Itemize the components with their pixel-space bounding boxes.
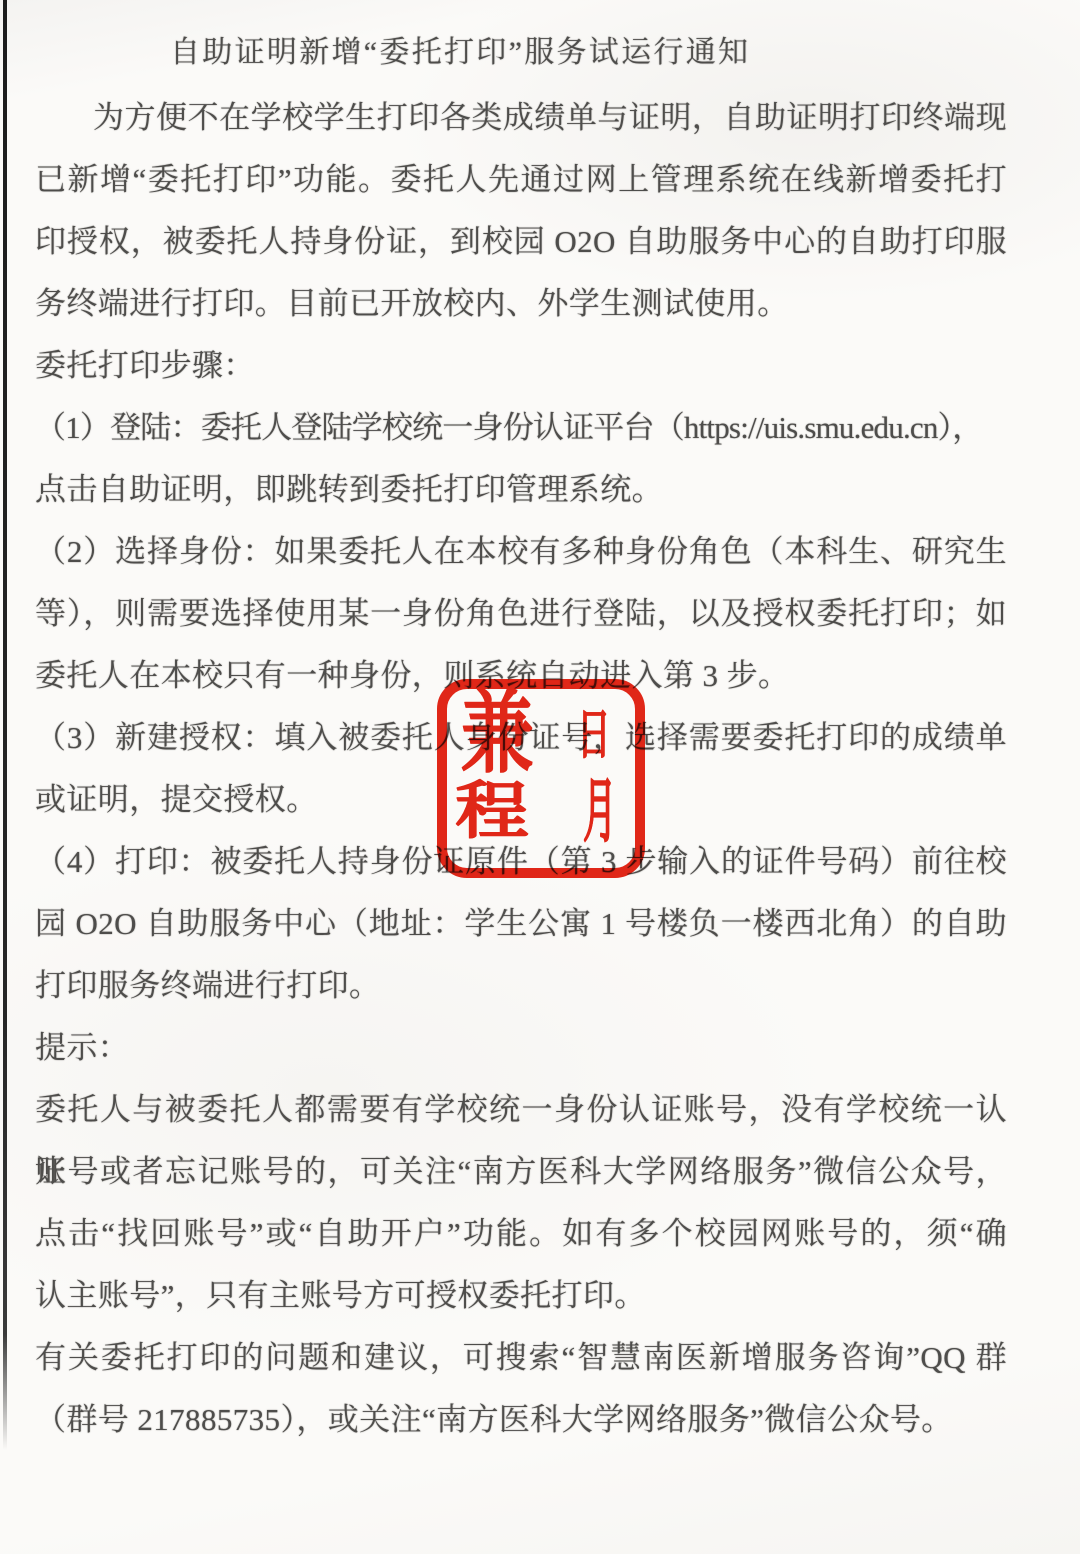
scan-edge-line bbox=[3, 0, 7, 1450]
document-body: 为方便不在学校学生打印各类成绩单与证明，自助证明打印终端现 已新增“委托打印”功… bbox=[35, 87, 1007, 1451]
text-line: （3）新建授权：填入被委托人身份证号，选择需要委托打印的成绩单 bbox=[35, 707, 1007, 769]
text-line: 等），则需要选择使用某一身份角色进行登陆，以及授权委托打印；如 bbox=[35, 583, 1007, 645]
text-line: 委托人在本校只有一种身份，则系统自动进入第 3 步。 bbox=[35, 645, 1007, 707]
text-line: 点击自助证明，即跳转到委托打印管理系统。 bbox=[35, 459, 1007, 521]
text-line: 提示： bbox=[35, 1017, 1007, 1079]
text-line: 为方便不在学校学生打印各类成绩单与证明，自助证明打印终端现 bbox=[35, 87, 1007, 149]
text-line: （4）打印：被委托人持身份证原件（第 3 步输入的证件号码）前往校 bbox=[35, 831, 1007, 893]
text-line: 或证明，提交授权。 bbox=[35, 769, 1007, 831]
text-line: 园 O2O 自助服务中心（地址：学生公寓 1 号楼负一楼西北角）的自助 bbox=[35, 893, 1007, 955]
text-line: 认主账号”，只有主账号方可授权委托打印。 bbox=[35, 1265, 1007, 1327]
document-title: 自助证明新增“委托打印”服务试运行通知 bbox=[170, 30, 748, 76]
text-line: 账号或者忘记账号的，可关注“南方医科大学网络服务”微信公众号， bbox=[35, 1141, 1007, 1203]
text-line: 打印服务终端进行打印。 bbox=[35, 955, 1007, 1017]
text-line: 委托打印步骤： bbox=[35, 335, 1007, 397]
scanned-notice-page: 自助证明新增“委托打印”服务试运行通知 为方便不在学校学生打印各类成绩单与证明，… bbox=[0, 0, 1080, 1554]
text-line: 印授权，被委托人持身份证，到校园 O2O 自助服务中心的自助打印服 bbox=[35, 211, 1007, 273]
text-line: （群号 217885735），或关注“南方医科大学网络服务”微信公众号。 bbox=[35, 1389, 1007, 1451]
text-line: 委托人与被委托人都需要有学校统一身份认证账号，没有学校统一认证 bbox=[35, 1079, 1007, 1141]
text-line: 已新增“委托打印”功能。委托人先通过网上管理系统在线新增委托打 bbox=[35, 149, 1007, 211]
text-line: （2）选择身份：如果委托人在本校有多种身份角色（本科生、研究生 bbox=[35, 521, 1007, 583]
text-line: （1）登陆：委托人登陆学校统一身份认证平台（https://uis.smu.ed… bbox=[35, 397, 1007, 459]
text-line: 务终端进行打印。目前已开放校内、外学生测试使用。 bbox=[35, 273, 1007, 335]
text-line: 有关委托打印的问题和建议，可搜索“智慧南医新增服务咨询”QQ 群 bbox=[35, 1327, 1007, 1389]
text-line: 点击“找回账号”或“自助开户”功能。如有多个校园网账号的，须“确 bbox=[35, 1203, 1007, 1265]
